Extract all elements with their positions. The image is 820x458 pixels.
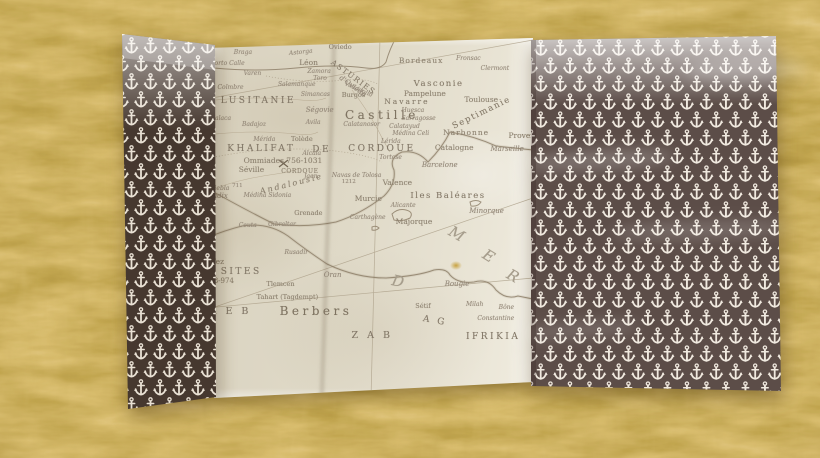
right-anchor-flap: [0, 0, 820, 458]
photo-scene: BragaAstorgaOviedoBordeauxFronsacClermon…: [0, 0, 820, 458]
